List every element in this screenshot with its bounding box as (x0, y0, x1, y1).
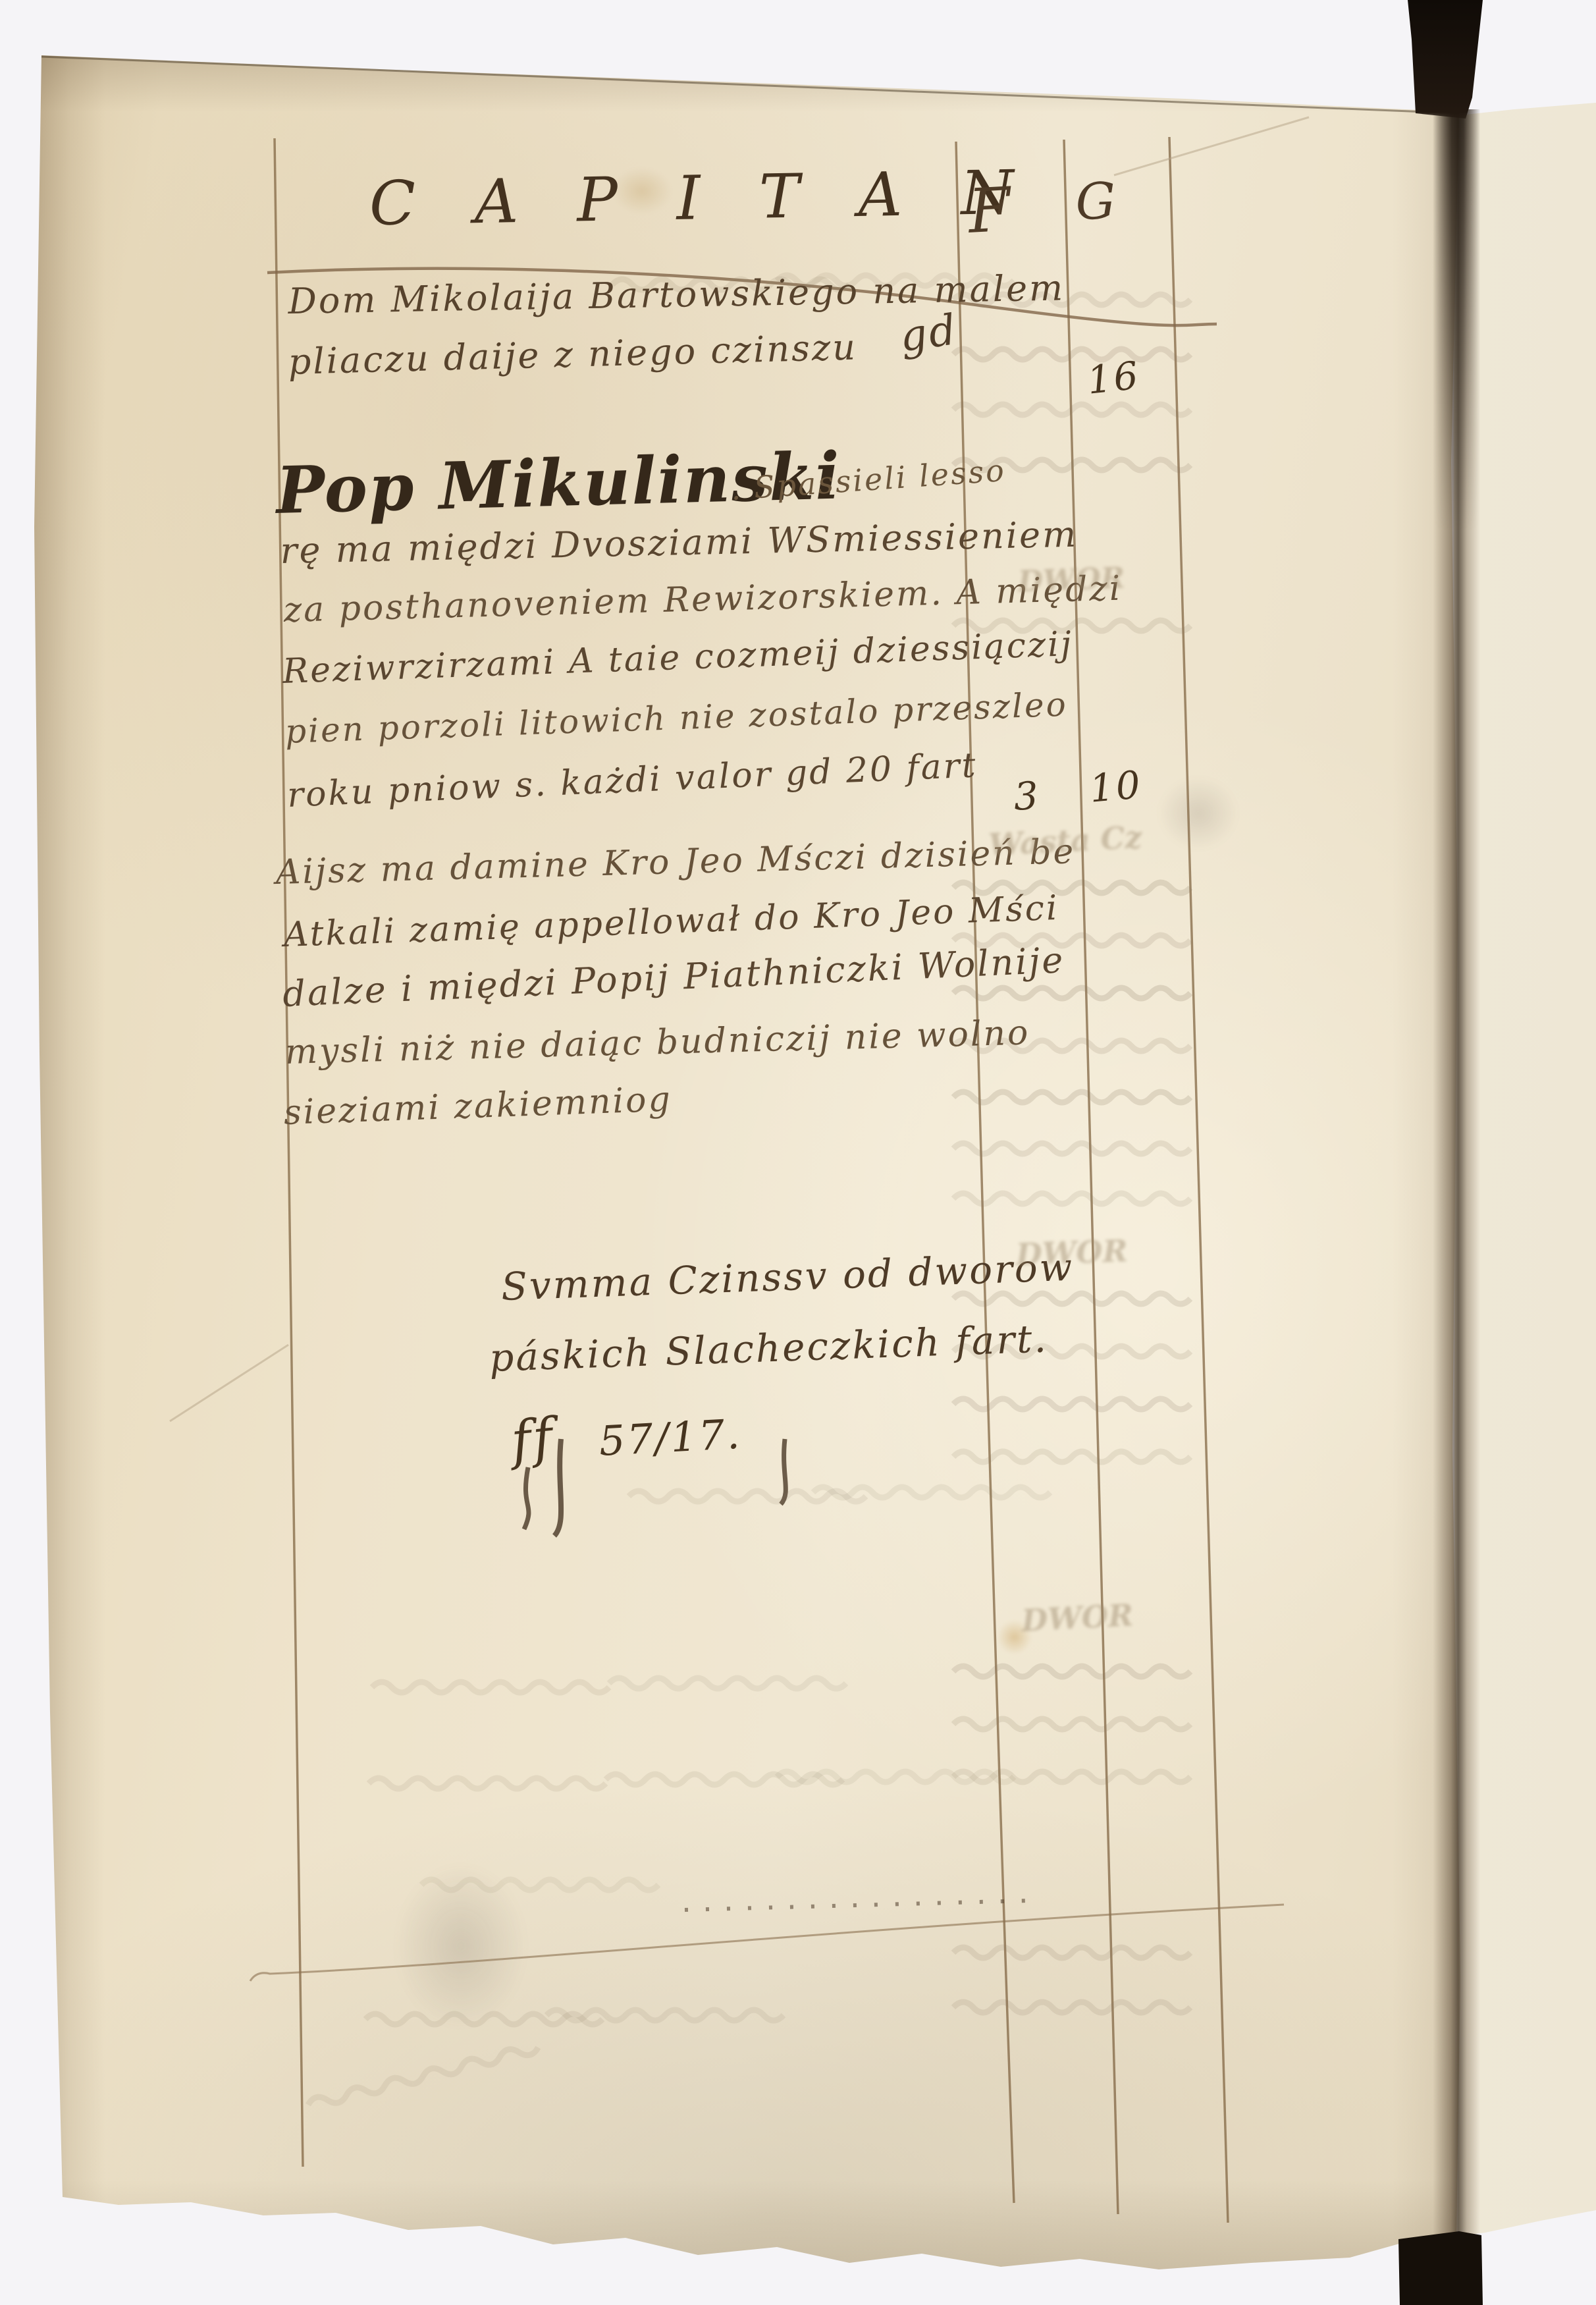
value-cell-g: 10 (1088, 762, 1144, 811)
page-title: C A P I T A N (369, 157, 1034, 239)
left-margin-rule (275, 138, 303, 2167)
footer-rule (250, 1905, 1284, 1981)
ghost-word: DWOR (1015, 1233, 1129, 1272)
manuscript-scan: C A P I T A N F G Dom Mikolaija Bartowsk… (0, 0, 1596, 2305)
ghost-word: DWOR (1017, 561, 1125, 599)
page-top-edge (41, 57, 1459, 113)
value-cell-g: 16 (1085, 353, 1142, 403)
column-letter-g: G (1075, 171, 1119, 231)
summa-currency-mark: ff (508, 1406, 558, 1471)
column-letter-f: F (967, 175, 1014, 247)
column-rule-fg (1064, 140, 1118, 2214)
ghost-word: DWOR (1021, 1597, 1134, 1639)
ink-speck-row (685, 1901, 1027, 1910)
value-cell-f: 3 (1013, 773, 1041, 819)
summa-amount: 57/17. (598, 1410, 743, 1465)
currency-abbrev: gd (897, 306, 961, 362)
page-gutter-shadow-top (1433, 109, 1480, 531)
column-rule-f-left (956, 142, 1014, 2203)
